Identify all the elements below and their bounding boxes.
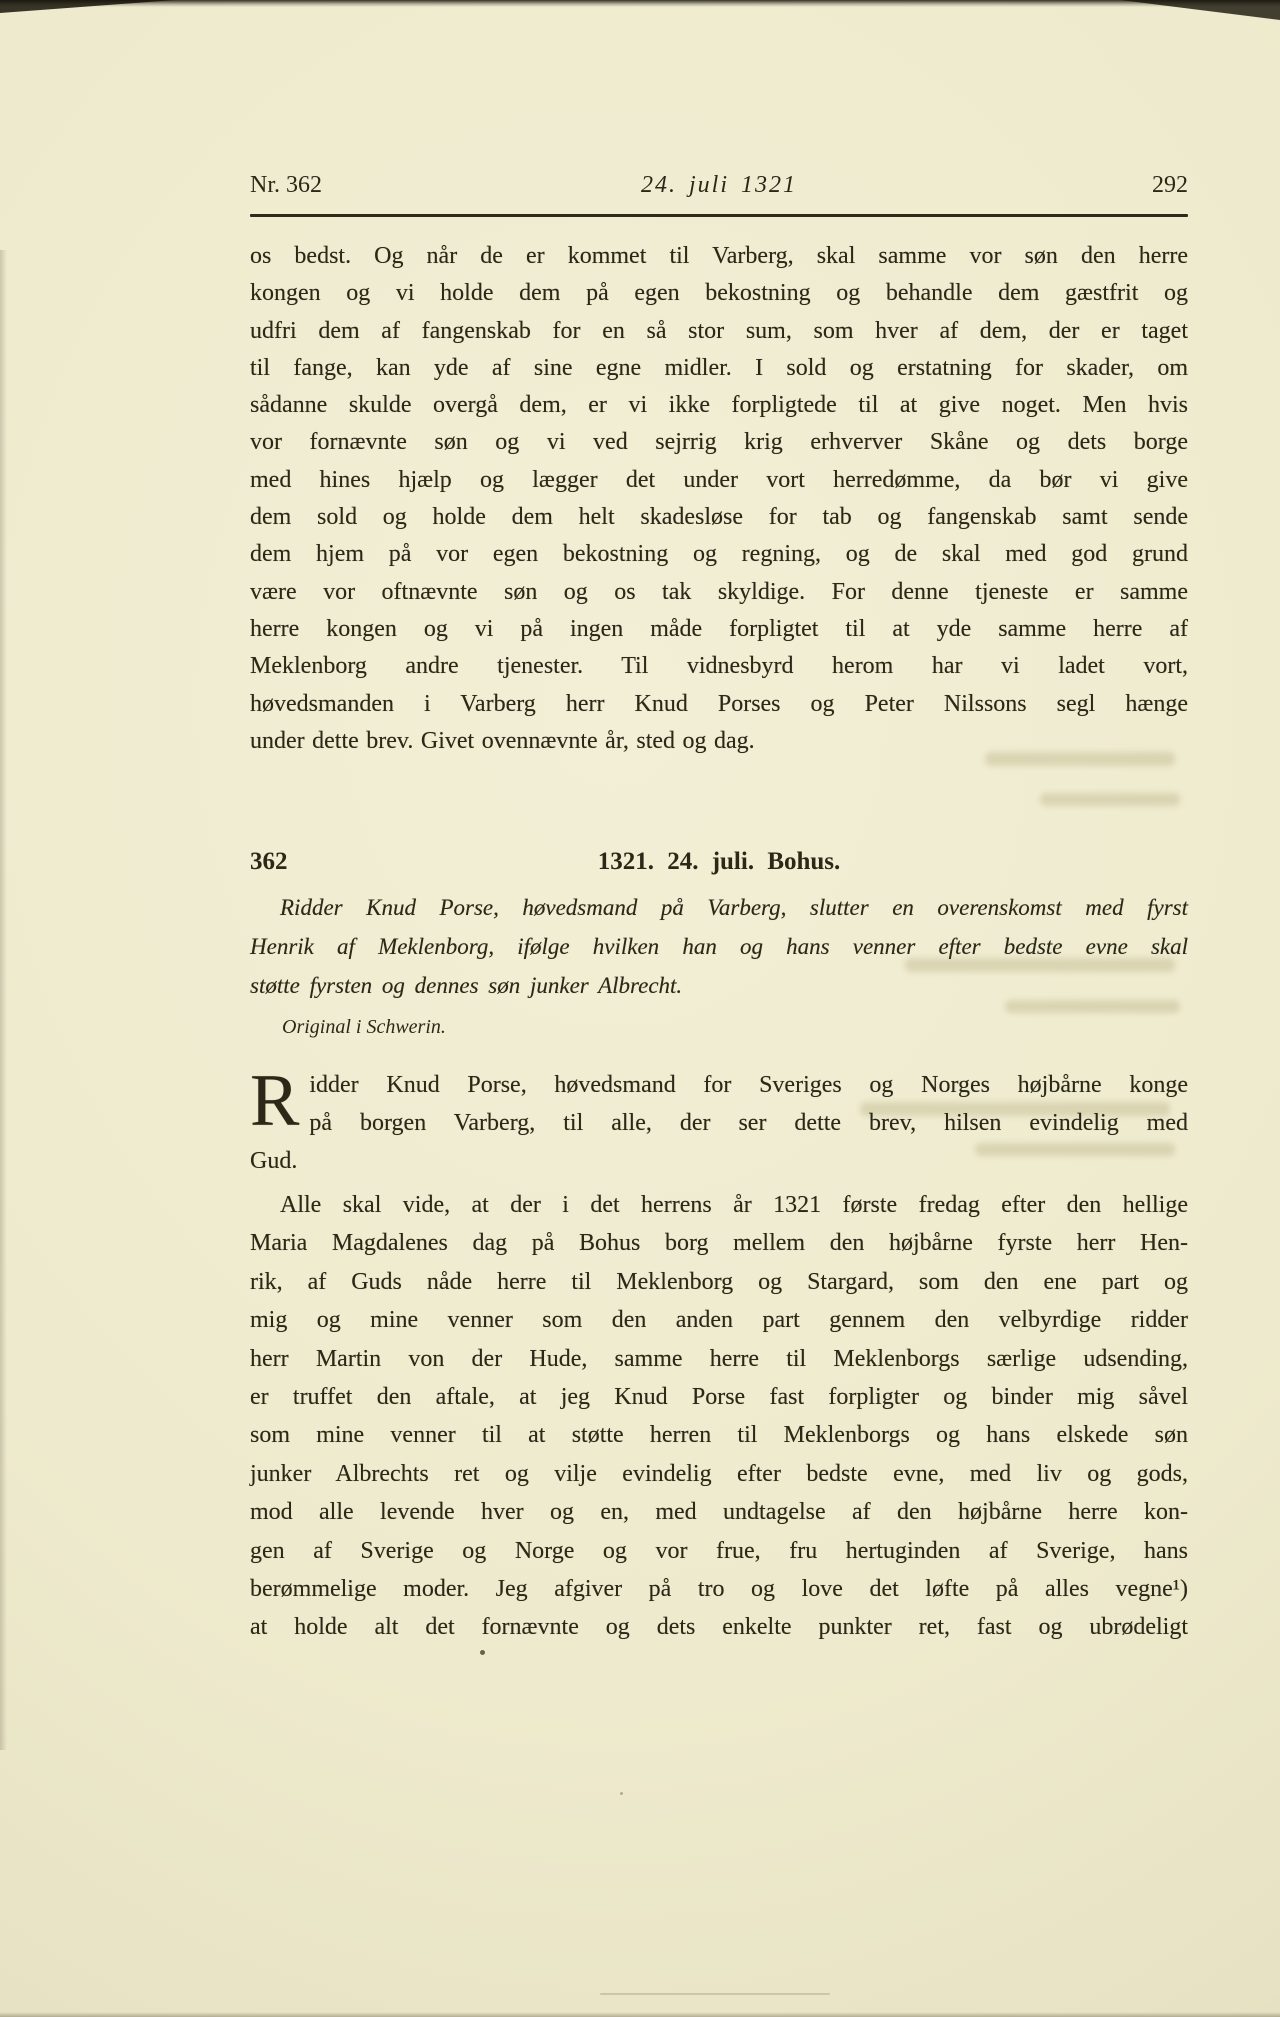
text-line: høvedsmanden i Varberg herr Knud Porses … [250, 686, 1188, 723]
entry-body: Alle skal vide, at der i det herrens år … [250, 1186, 1188, 1647]
scan-speck [620, 1792, 623, 1795]
text-line: vor fornævnte søn og vi ved sejrrig krig… [250, 424, 1188, 461]
page-number: 292 [1152, 172, 1188, 199]
scan-edge-artifact-bottom [0, 2012, 1280, 2017]
header-rule [250, 214, 1188, 217]
text-line: på borgen Varberg, til alle, der ser det… [250, 1104, 1188, 1142]
text-line: kongen og vi holde dem på egen bekostnin… [250, 275, 1188, 312]
text-line: Ridder Knud Porse, høvedsmand på Varberg… [250, 888, 1188, 927]
text-line: sådanne skulde overgå dem, er vi ikke fo… [250, 387, 1188, 424]
text-line: junker Albrechts ret og vilje evindelig … [250, 1455, 1188, 1493]
text-line: herr Martin von der Hude, samme herre ti… [250, 1340, 1188, 1378]
text-line: idder Knud Porse, høvedsmand for Sverige… [250, 1066, 1188, 1104]
text-line: som mine venner til at støtte herren til… [250, 1416, 1188, 1454]
source-note: Original i Schwerin. [250, 1016, 1188, 1039]
document-number: Nr. 362 [250, 172, 322, 199]
scan-corner-artifact-left [0, 0, 175, 13]
text-line: at holde alt det fornævnte og dets enkel… [250, 1608, 1188, 1646]
entry-heading: 362 1321. 24. juli. Bohus. [250, 848, 1188, 880]
text-line: være vor oftnævnte søn og os tak skyldig… [250, 574, 1188, 611]
continued-entry-text: os bedst. Og når de er kommet til Varber… [250, 238, 1188, 760]
text-line: Maria Magdalenes dag på Bohus borg melle… [250, 1224, 1188, 1262]
text-line: gen af Sverige og Norge og vor frue, fru… [250, 1532, 1188, 1570]
text-line: mod alle levende hver og en, med undtage… [250, 1493, 1188, 1531]
running-date: 24. juli 1321 [641, 172, 797, 199]
entry-number: 362 [250, 848, 288, 876]
text-line: under dette brev. Givet ovennævnte år, s… [250, 723, 1188, 760]
entry-dateline: 1321. 24. juli. Bohus. [598, 848, 841, 876]
text-line: Meklenborg andre tjenester. Til vidnesby… [250, 648, 1188, 685]
text-line: berømmelige moder. Jeg afgiver på tro og… [250, 1570, 1188, 1608]
text-line: dem hjem på vor egen bekostning og regni… [250, 536, 1188, 573]
entry-opening: R idder Knud Porse, høvedsmand for Sveri… [250, 1066, 1188, 1180]
scan-scratch [600, 1993, 830, 1995]
text-line: mig og mine venner som den anden part ge… [250, 1301, 1188, 1339]
initial-letter: R [250, 1066, 309, 1140]
text-line: til fange, kan yde af sine egne midler. … [250, 350, 1188, 387]
text-line: er truffet den aftale, at jeg Knud Porse… [250, 1378, 1188, 1416]
text-line: støtte fyrsten og dennes søn junker Albr… [250, 966, 1188, 1005]
text-line: Gud. [250, 1142, 1188, 1180]
scanned-page: Nr. 362 24. juli 1321 292 os bedst. Og n… [0, 0, 1280, 2017]
text-line: rik, af Guds nåde herre til Meklenborg o… [250, 1263, 1188, 1301]
show-through-artifact [1040, 793, 1180, 806]
text-line: os bedst. Og når de er kommet til Varber… [250, 238, 1188, 275]
running-head: Nr. 362 24. juli 1321 292 [250, 172, 1188, 206]
entry-summary: Ridder Knud Porse, høvedsmand på Varberg… [250, 888, 1188, 1005]
scan-edge-artifact-top [0, 0, 1280, 7]
text-line: Henrik af Meklenborg, ifølge hvilken han… [250, 927, 1188, 966]
text-line: Alle skal vide, at der i det herrens år … [250, 1186, 1188, 1224]
text-line: herre kongen og vi på ingen måde forplig… [250, 611, 1188, 648]
scan-edge-artifact-left [0, 250, 7, 1750]
text-line: med hines hjælp og lægger det under vort… [250, 462, 1188, 499]
text-line: dem sold og holde dem helt skadesløse fo… [250, 499, 1188, 536]
scan-corner-artifact-right [1120, 0, 1280, 20]
text-line: udfri dem af fangenskab for en så stor s… [250, 313, 1188, 350]
scan-speck [480, 1650, 485, 1655]
